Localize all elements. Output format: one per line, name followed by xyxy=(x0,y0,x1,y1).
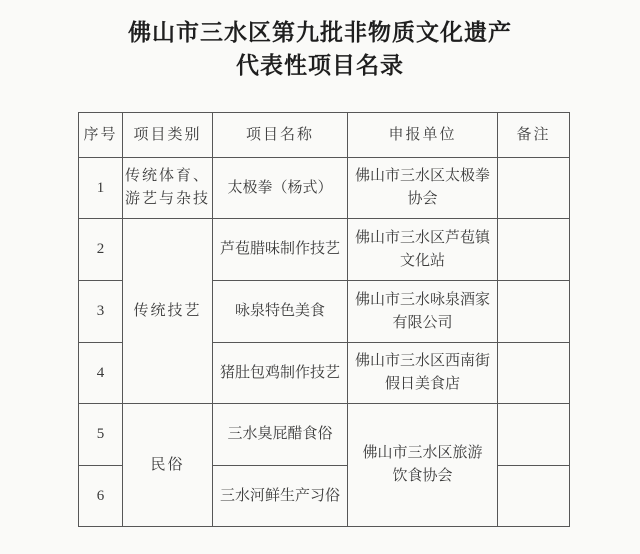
row1-unit-line2: 协会 xyxy=(350,188,495,211)
row3-unit: 佛山市三水咏泉酒家 有限公司 xyxy=(348,281,498,343)
row1-category-line1: 传统体育、 xyxy=(125,165,210,188)
table-row: 2 传统技艺 芦苞腊味制作技艺 佛山市三水区芦苞镇 文化站 xyxy=(79,219,570,281)
row6-serial: 6 xyxy=(79,466,123,527)
table-row: 5 民俗 三水臭屁醋食俗 佛山市三水区旅游 饮食协会 xyxy=(79,404,570,466)
row1-project-name: 太极拳（杨式） xyxy=(213,158,348,219)
header-declaring-unit: 申报单位 xyxy=(348,113,498,158)
row1-category-line2: 游艺与杂技 xyxy=(125,188,210,211)
table-row: 1 传统体育、 游艺与杂技 太极拳（杨式） 佛山市三水区太极拳 协会 xyxy=(79,158,570,219)
row5-remark xyxy=(498,404,570,466)
row1-serial: 1 xyxy=(79,158,123,219)
row3-serial: 3 xyxy=(79,281,123,343)
row6-project-name: 三水河鲜生产习俗 xyxy=(213,466,348,527)
row6-remark xyxy=(498,466,570,527)
document-title-line2: 代表性项目名录 xyxy=(0,49,640,82)
heritage-project-table: 序号 项目类别 项目名称 申报单位 备注 1 传统体育、 游艺与杂技 太极拳（杨… xyxy=(78,112,570,527)
row2-project-name: 芦苞腊味制作技艺 xyxy=(213,219,348,281)
row2-unit-line1: 佛山市三水区芦苞镇 xyxy=(350,227,495,250)
row2-unit: 佛山市三水区芦苞镇 文化站 xyxy=(348,219,498,281)
row2-unit-line2: 文化站 xyxy=(350,250,495,273)
document-title-line1: 佛山市三水区第九批非物质文化遗产 xyxy=(0,16,640,49)
row3-project-name: 咏泉特色美食 xyxy=(213,281,348,343)
row4-unit-line1: 佛山市三水区西南街 xyxy=(350,350,495,373)
row5-6-unit-line2: 饮食协会 xyxy=(350,465,495,488)
header-remarks: 备注 xyxy=(498,113,570,158)
row5-6-unit-line1: 佛山市三水区旅游 xyxy=(350,442,495,465)
row4-unit: 佛山市三水区西南街 假日美食店 xyxy=(348,343,498,404)
row2-remark xyxy=(498,219,570,281)
row5-project-name: 三水臭屁醋食俗 xyxy=(213,404,348,466)
header-project-name: 项目名称 xyxy=(213,113,348,158)
row1-unit: 佛山市三水区太极拳 协会 xyxy=(348,158,498,219)
row2-serial: 2 xyxy=(79,219,123,281)
row5-serial: 5 xyxy=(79,404,123,466)
row4-project-name: 猪肚包鸡制作技艺 xyxy=(213,343,348,404)
row4-unit-line2: 假日美食店 xyxy=(350,373,495,396)
row5-6-unit: 佛山市三水区旅游 饮食协会 xyxy=(348,404,498,527)
row2-4-category: 传统技艺 xyxy=(123,219,213,404)
header-project-category: 项目类别 xyxy=(123,113,213,158)
row1-unit-line1: 佛山市三水区太极拳 xyxy=(350,165,495,188)
row3-unit-line2: 有限公司 xyxy=(350,312,495,335)
row4-serial: 4 xyxy=(79,343,123,404)
row1-remark xyxy=(498,158,570,219)
document-page: 佛山市三水区第九批非物质文化遗产 代表性项目名录 序号 项目类别 项目名称 申报… xyxy=(0,0,640,554)
row3-remark xyxy=(498,281,570,343)
table-header-row: 序号 项目类别 项目名称 申报单位 备注 xyxy=(79,113,570,158)
row3-unit-line1: 佛山市三水咏泉酒家 xyxy=(350,289,495,312)
header-serial-number: 序号 xyxy=(79,113,123,158)
row4-remark xyxy=(498,343,570,404)
document-title: 佛山市三水区第九批非物质文化遗产 代表性项目名录 xyxy=(0,16,640,82)
row1-category: 传统体育、 游艺与杂技 xyxy=(123,158,213,219)
row5-6-category: 民俗 xyxy=(123,404,213,527)
